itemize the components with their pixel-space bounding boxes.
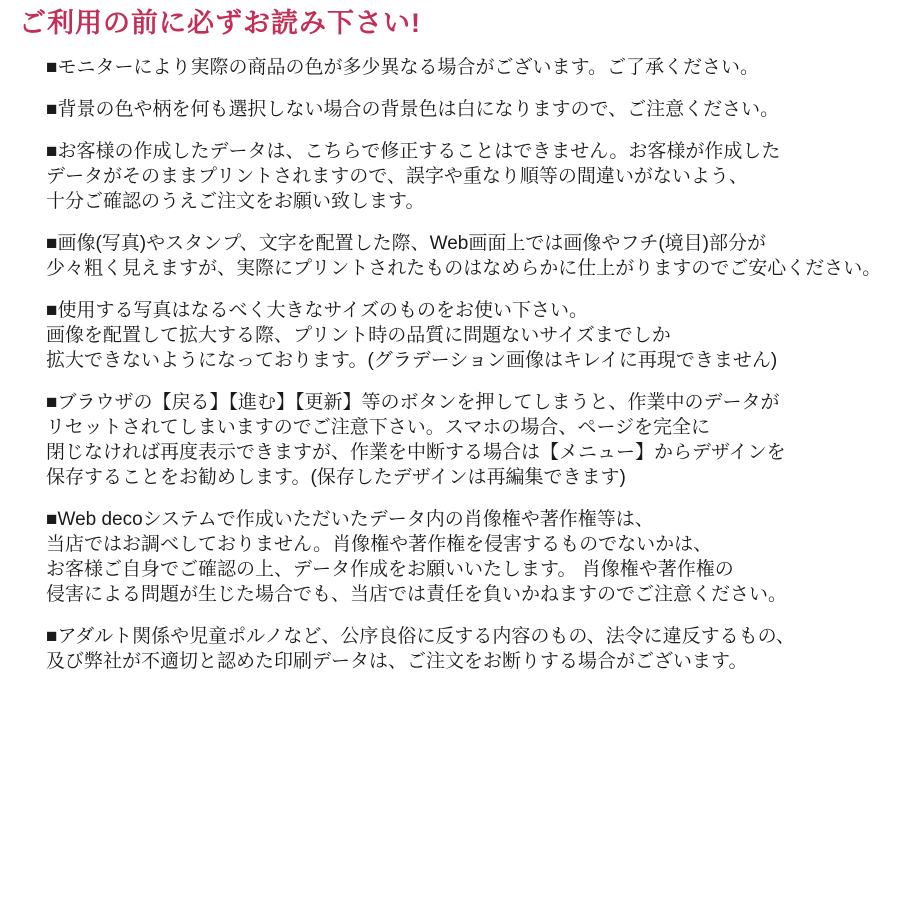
notice-prohibited-content: ■アダルト関係や児童ポルノなど、公序良俗に反する内容のもの、法令に違反するもの、… [46,624,890,674]
notice-line: 閉じなければ再度表示できますが、作業を中断する場合は【メニュー】からデザインを [46,440,890,465]
notice-line: リセットされてしまいますのでご注意下さい。スマホの場合、ページを完全に [46,415,890,440]
notice-monitor-color-difference: ■モニターにより実際の商品の色が多少異なる場合がございます。ご了承ください。 [46,55,890,80]
notice-image-roughness-on-web: ■画像(写真)やスタンプ、文字を配置した際、Web画面上では画像やフチ(境目)部… [46,231,890,281]
notice-line: ■モニターにより実際の商品の色が多少異なる場合がございます。ご了承ください。 [46,55,890,80]
notice-photo-size-limit: ■使用する写真はなるべく大きなサイズのものをお使い下さい。画像を配置して拡大する… [46,298,890,373]
notice-line: 保存することをお勧めします。(保存したデザインは再編集できます) [46,465,890,490]
notice-line: ■使用する写真はなるべく大きなサイズのものをお使い下さい。 [46,298,890,323]
notice-line: 画像を配置して拡大する際、プリント時の品質に問題ないサイズまでしか [46,323,890,348]
notice-browser-navigation-reset: ■ブラウザの【戻る】【進む】【更新】等のボタンを押してしまうと、作業中のデータが… [46,390,890,490]
notice-line: 侵害による問題が生じた場合でも、当店では責任を負いかねますのでご注意ください。 [46,582,890,607]
notice-line: 少々粗く見えますが、実際にプリントされたものはなめらかに仕上がりますのでご安心く… [46,256,890,281]
notice-default-background-white: ■背景の色や柄を何も選択しない場合の背景色は白になりますので、ご注意ください。 [46,97,890,122]
notice-line: ■ブラウザの【戻る】【進む】【更新】等のボタンを押してしまうと、作業中のデータが [46,390,890,415]
notice-line: ■画像(写真)やスタンプ、文字を配置した際、Web画面上では画像やフチ(境目)部… [46,231,890,256]
notice-line: 十分ご確認のうえご注文をお願い致します。 [46,189,890,214]
notice-line: 及び弊社が不適切と認めた印刷データは、ご注文をお断りする場合がございます。 [46,649,890,674]
notice-portrait-copyright: ■Web decoシステムで作成いただいたデータ内の肖像権や著作権等は、当店では… [46,507,890,607]
notice-no-data-correction: ■お客様の作成したデータは、こちらで修正することはできません。お客様が作成したデ… [46,139,890,214]
notice-line: 拡大できないようになっております。(グラデーション画像はキレイに再現できません) [46,348,890,373]
page-title: ご利用の前に必ずお読み下さい! [0,0,900,38]
notice-line: ■背景の色や柄を何も選択しない場合の背景色は白になりますので、ご注意ください。 [46,97,890,122]
notice-line: ■お客様の作成したデータは、こちらで修正することはできません。お客様が作成した [46,139,890,164]
notice-line: ■Web decoシステムで作成いただいたデータ内の肖像権や著作権等は、 [46,507,890,532]
notice-line: データがそのままプリントされますので、誤字や重なり順等の間違いがないよう、 [46,164,890,189]
notice-line: お客様ご自身でご確認の上、データ作成をお願いいたします。 肖像権や著作権の [46,557,890,582]
notice-line: 当店ではお調べしておりません。肖像権や著作権を侵害するものでないかは、 [46,532,890,557]
notice-list: ■モニターにより実際の商品の色が多少異なる場合がございます。ご了承ください。 ■… [0,55,900,674]
notice-page: ご利用の前に必ずお読み下さい! ■モニターにより実際の商品の色が多少異なる場合が… [0,0,900,900]
notice-line: ■アダルト関係や児童ポルノなど、公序良俗に反する内容のもの、法令に違反するもの、 [46,624,890,649]
